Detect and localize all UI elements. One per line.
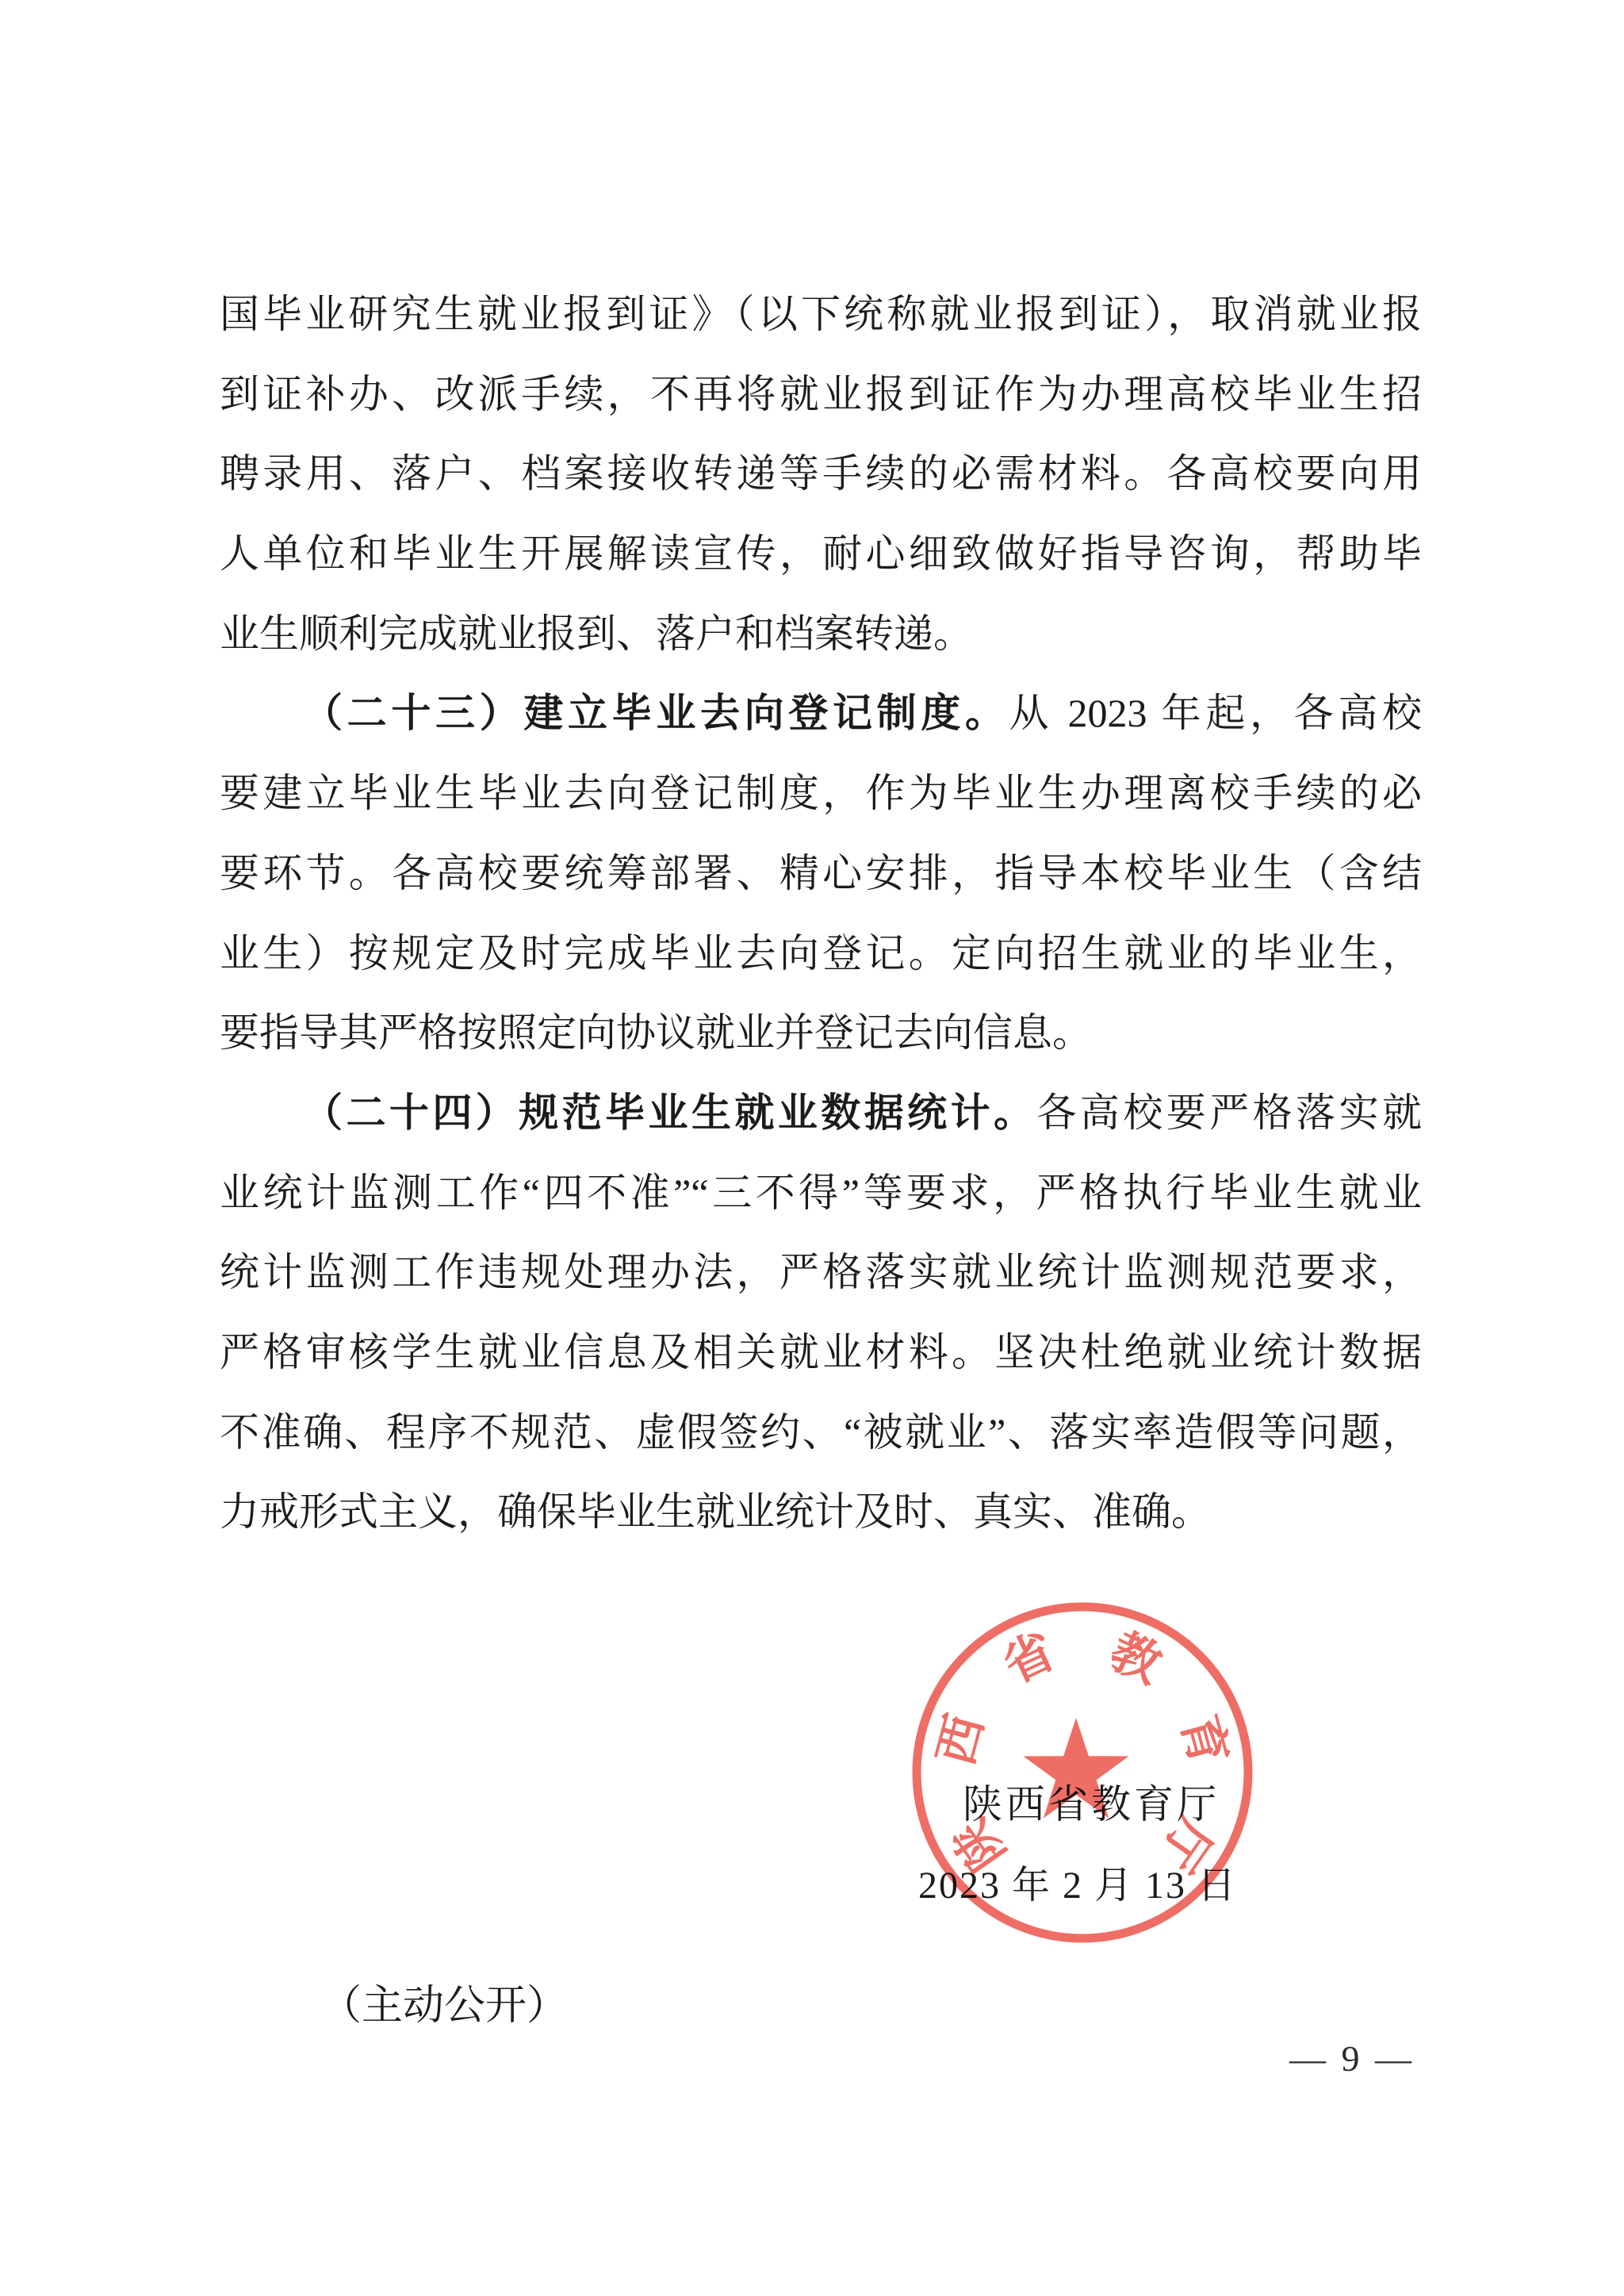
date-line: 2023 年 2 月 13 日	[918, 1862, 1237, 1910]
seal-arc-char: 西	[929, 1709, 994, 1771]
body-segment: 国毕业研究生就业报到证》（以下统称就业报到证），取消就业报	[220, 292, 1422, 336]
body-segment: 人单位和毕业生开展解读宣传，耐心细致做好指导咨询，帮助毕	[220, 531, 1422, 576]
body-segment: 业生）按规定及时完成毕业去向登记。定向招生就业的毕业生，	[220, 931, 1422, 976]
body-line: 力戒形式主义，确保毕业生就业统计及时、真实、准确。	[220, 1472, 1422, 1552]
body-segment: 力戒形式主义，确保毕业生就业统计及时、真实、准确。	[220, 1489, 1211, 1534]
body-line: 严格审核学生就业信息及相关就业材料。坚决杜绝就业统计数据	[220, 1313, 1422, 1393]
body-line: 业统计监测工作“四不准”“三不得”等要求，严格执行毕业生就业	[220, 1153, 1422, 1233]
body-segment: 各高校要严格落实就	[1036, 1091, 1422, 1135]
body-segment: 统计监测工作违规处理办法，严格落实就业统计监测规范要求，	[220, 1250, 1422, 1294]
body-segment: 要指导其严格按照定向协议就业并登记去向信息。	[220, 1010, 1092, 1055]
body-line: 人单位和毕业生开展解读宣传，耐心细致做好指导咨询，帮助毕	[220, 514, 1422, 594]
body-segment-bold: （二十四）规范毕业生就业数据统计。	[303, 1091, 1036, 1135]
issuer-line: 陕西省教育厅	[963, 1777, 1220, 1832]
body-segment: 从 2023 年起，各高校	[1009, 691, 1422, 735]
body-line: （二十四）规范毕业生就业数据统计。各高校要严格落实就	[220, 1073, 1422, 1153]
body-line: 要指导其严格按照定向协议就业并登记去向信息。	[220, 993, 1422, 1073]
body-line: 业生）按规定及时完成毕业去向登记。定向招生就业的毕业生，	[220, 914, 1422, 994]
body-segment: 业生顺利完成就业报到、落户和档案转递。	[220, 611, 973, 656]
seal-arc-text: 陕 西 省 教 育 厅	[929, 1623, 1237, 1880]
footer-note: （主动公开）	[320, 1979, 568, 2034]
body-line: 国毕业研究生就业报到证》（以下统称就业报到证），取消就业报	[220, 274, 1422, 355]
body-segment: 要环节。各高校要统筹部署、精心安排，指导本校毕业生（含结	[220, 851, 1422, 895]
body-segment: 业统计监测工作“四不准”“三不得”等要求，严格执行毕业生就业	[220, 1171, 1422, 1215]
seal-arc-char: 教	[1101, 1624, 1170, 1694]
body-segment: 要建立毕业生毕业去向登记制度，作为毕业生办理离校手续的必	[220, 771, 1422, 815]
body-segment-bold: （二十三）建立毕业去向登记制度。	[303, 691, 1009, 735]
body-segment: 不准确、程序不规范、虚假签约、“被就业”、落实率造假等问题，	[220, 1410, 1422, 1455]
body-line: 业生顺利完成就业报到、落户和档案转递。	[220, 594, 1422, 674]
body-line: 统计监测工作违规处理办法，严格落实就业统计监测规范要求，	[220, 1232, 1422, 1313]
body-segment: 到证补办、改派手续，不再将就业报到证作为办理高校毕业生招	[220, 372, 1422, 416]
body-line: 要环节。各高校要统筹部署、精心安排，指导本校毕业生（含结	[220, 834, 1422, 914]
document-page: 国毕业研究生就业报到证》（以下统称就业报到证），取消就业报到证补办、改派手续，不…	[0, 0, 1624, 2296]
seal-arc-char: 省	[995, 1623, 1063, 1694]
seal-arc-char: 育	[1171, 1709, 1237, 1771]
body-line: 要建立毕业生毕业去向登记制度，作为毕业生办理离校手续的必	[220, 753, 1422, 834]
body-segment: 严格审核学生就业信息及相关就业材料。坚决杜绝就业统计数据	[220, 1330, 1422, 1374]
page-number: — 9 —	[1289, 2035, 1415, 2083]
body-line: 到证补办、改派手续，不再将就业报到证作为办理高校毕业生招	[220, 355, 1422, 435]
body-line: 聘录用、落户、档案接收转递等手续的必需材料。各高校要向用	[220, 434, 1422, 514]
body-line: 不准确、程序不规范、虚假签约、“被就业”、落实率造假等问题，	[220, 1393, 1422, 1473]
body-text: 国毕业研究生就业报到证》（以下统称就业报到证），取消就业报到证补办、改派手续，不…	[220, 274, 1422, 1552]
body-line: （二十三）建立毕业去向登记制度。从 2023 年起，各高校	[220, 673, 1422, 753]
body-segment: 聘录用、落户、档案接收转递等手续的必需材料。各高校要向用	[220, 451, 1422, 496]
